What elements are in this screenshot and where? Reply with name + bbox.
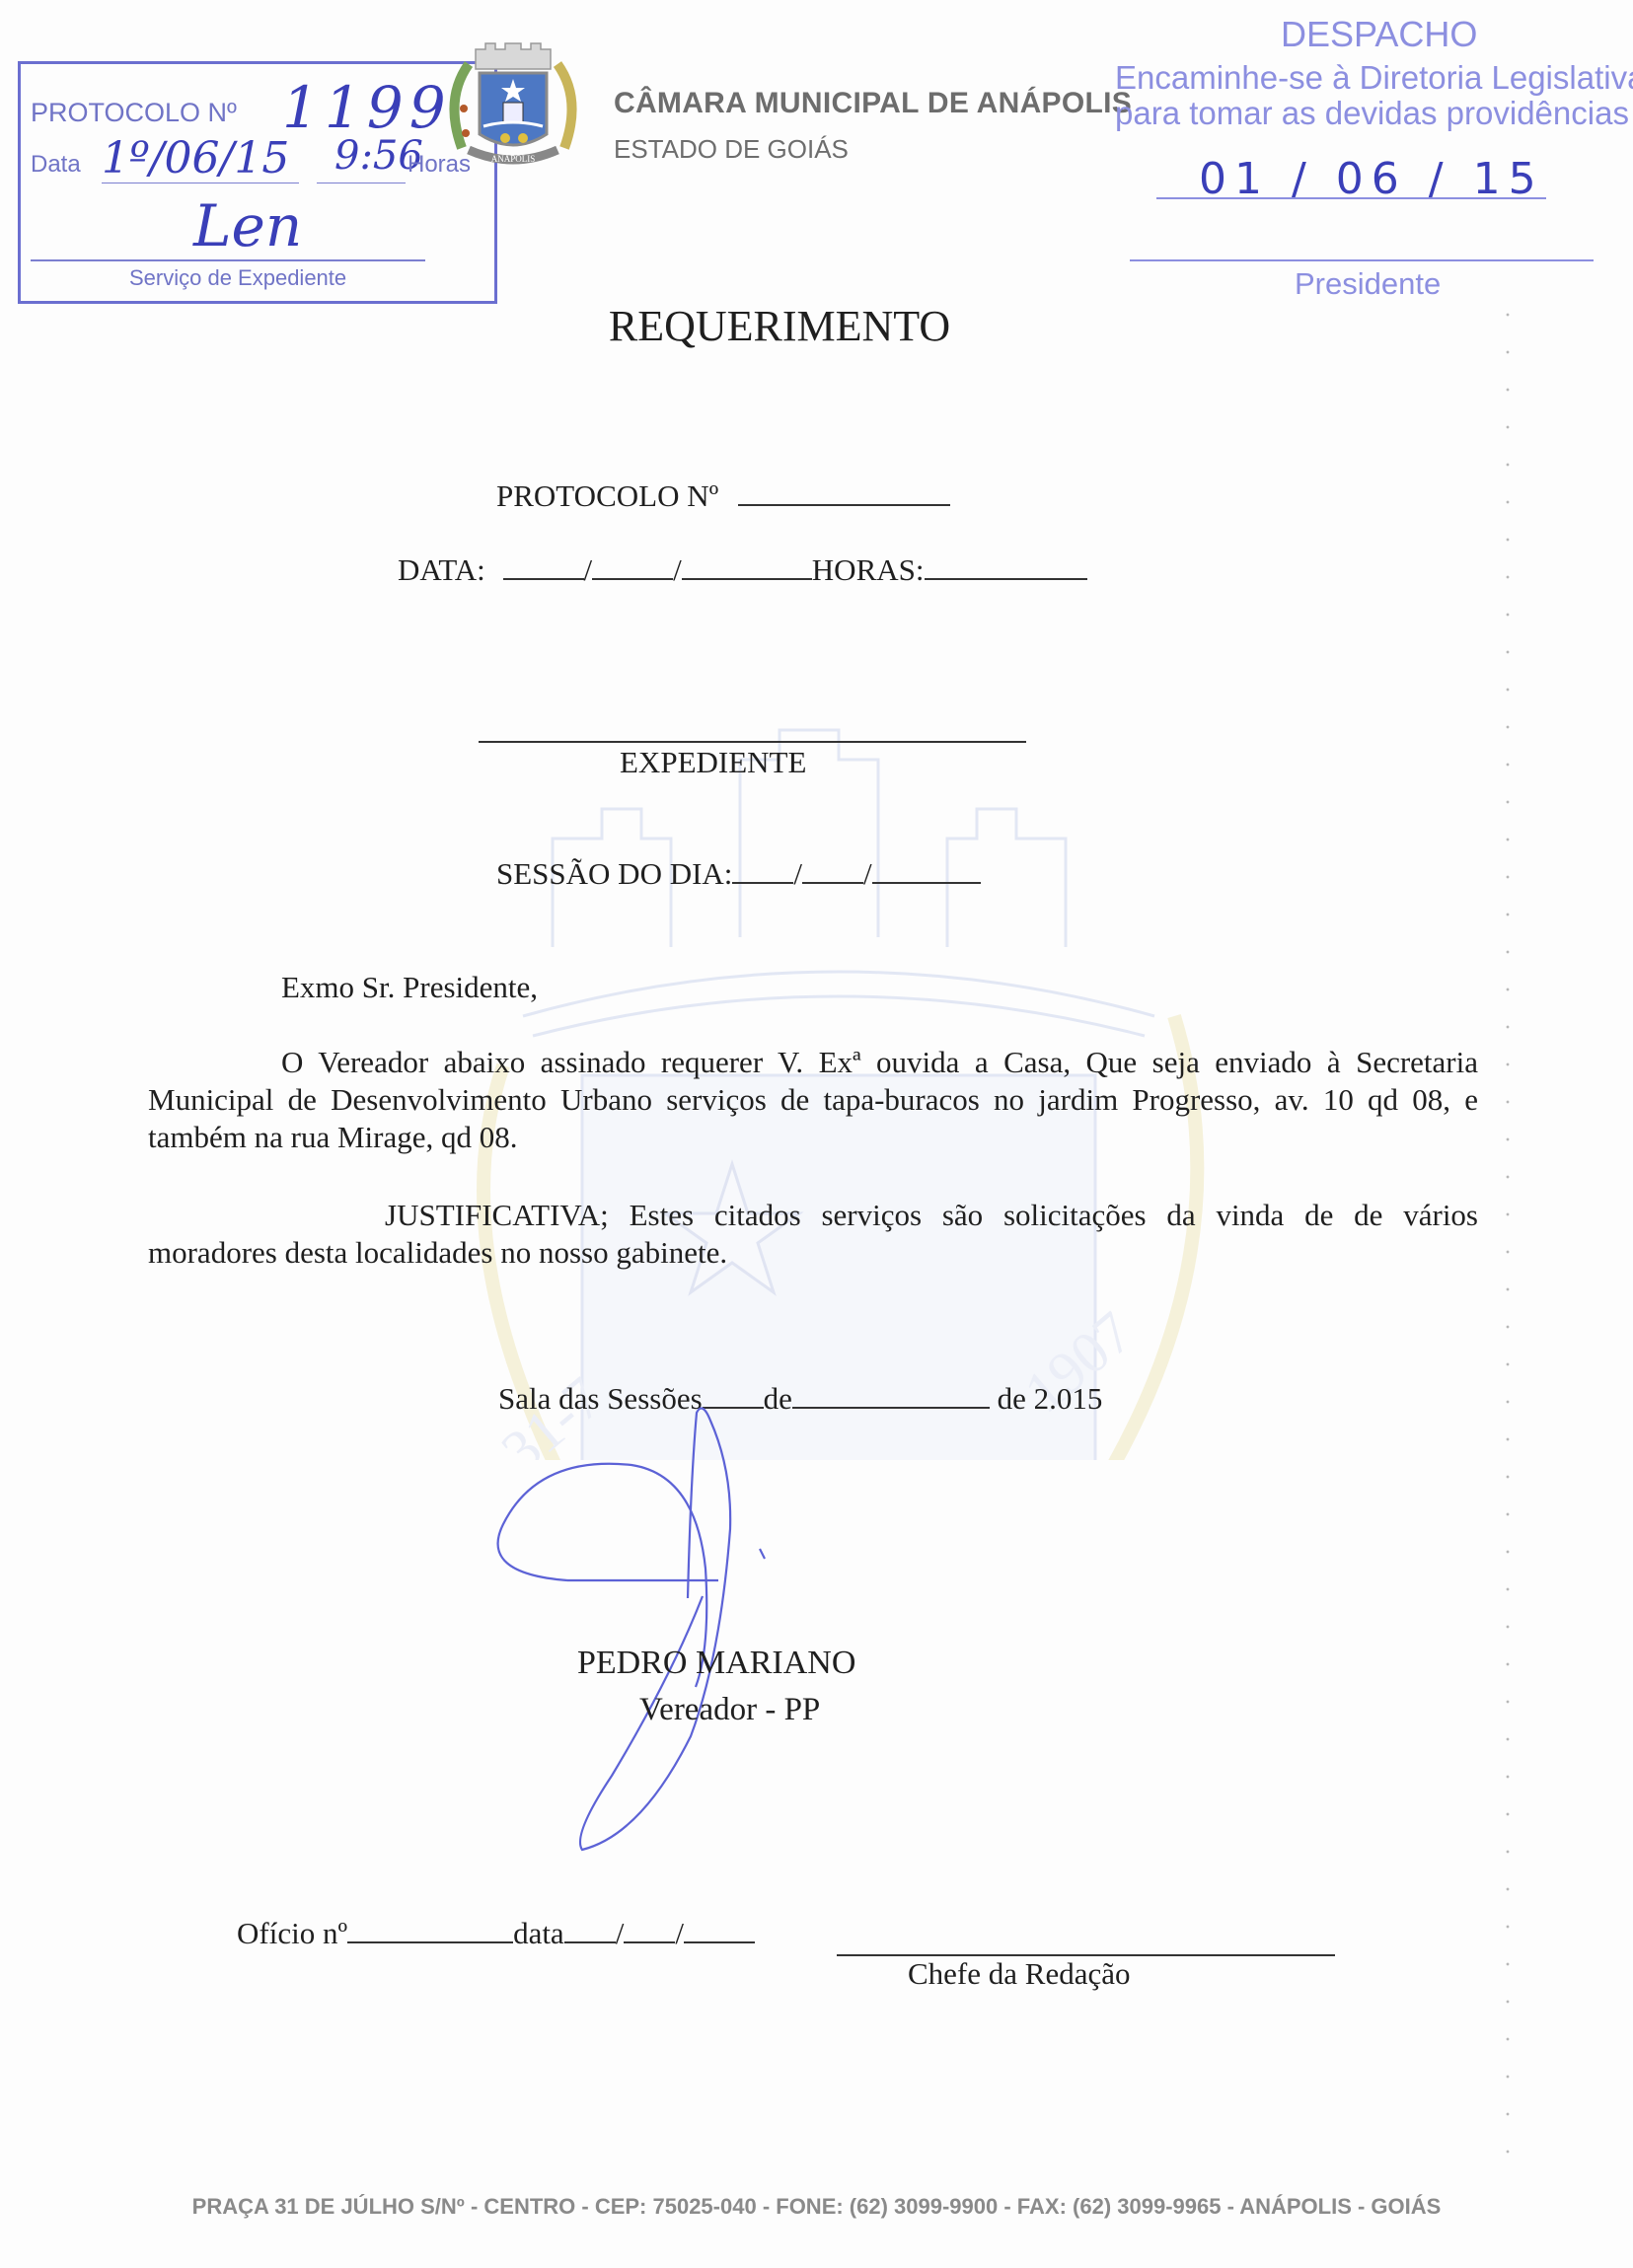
salutation: Exmo Sr. Presidente,	[281, 970, 538, 1005]
sessao-field: SESSÃO DO DIA://	[496, 856, 981, 892]
protocolo-field: PROTOCOLO Nº	[496, 478, 950, 514]
despacho-stamp: DESPACHO Encaminhe-se à Diretoria Legisl…	[1105, 8, 1633, 304]
footer-address: PRAÇA 31 DE JÚLHO S/Nº - CENTRO - CEP: 7…	[0, 2194, 1633, 2220]
despacho-title: DESPACHO	[1281, 14, 1477, 55]
svg-text:ANÁPOLIS: ANÁPOLIS	[491, 154, 536, 164]
oficio-field: Ofício nºdata//	[237, 1916, 755, 1951]
despacho-date-rule	[1156, 197, 1546, 199]
handwritten-signature-icon	[474, 1361, 928, 1874]
despacho-signature-rule	[1130, 259, 1594, 261]
protocol-number-handwritten: 1199	[282, 74, 452, 141]
letterhead-subtitle: ESTADO DE GOIÁS	[614, 134, 849, 165]
data-year-blank[interactable]	[682, 577, 812, 580]
protocol-date-rule	[102, 183, 299, 183]
expediente-label: EXPEDIENTE	[620, 745, 806, 780]
sessao-label: SESSÃO DO DIA:	[496, 856, 732, 891]
oficio-number-blank[interactable]	[347, 1940, 513, 1943]
protocol-initials-handwritten: Len	[193, 192, 302, 259]
horas-blank[interactable]	[925, 577, 1087, 580]
oficio-year-blank[interactable]	[684, 1940, 755, 1943]
justification-paragraph: JUSTIFICATIVA; Estes citados serviços sã…	[148, 1197, 1478, 1272]
sessao-day-blank[interactable]	[732, 881, 793, 884]
scan-artifact-dots	[1505, 296, 1511, 2170]
protocol-time-rule	[317, 183, 406, 183]
oficio-month-blank[interactable]	[624, 1940, 675, 1943]
protocol-signature-rule	[31, 259, 425, 261]
horas-label: HORAS:	[812, 552, 925, 587]
coat-of-arms-logo-icon: ANÁPOLIS	[444, 39, 582, 183]
protocol-date-handwritten: 1º/06/15	[102, 133, 289, 183]
body-paragraph: O Vereador abaixo assinado requerer V. E…	[148, 1044, 1478, 1156]
protocol-stamp: PROTOCOLO Nº 1199 Data 1º/06/15 9:56 Hor…	[18, 61, 497, 304]
expediente-rule	[479, 741, 1026, 743]
oficio-data-label: data	[513, 1916, 564, 1950]
letterhead-title: CÂMARA MUNICIPAL DE ANÁPOLIS	[614, 87, 1132, 120]
chefe-label: Chefe da Redação	[908, 1956, 1131, 1992]
despacho-line-1: Encaminhe-se à Diretoria Legislativa	[1115, 59, 1633, 97]
protocol-stamp-label: PROTOCOLO Nº	[31, 98, 237, 128]
signer-name: PEDRO MARIANO	[577, 1645, 855, 1682]
data-day-blank[interactable]	[503, 577, 584, 580]
despacho-signature-label: Presidente	[1295, 266, 1441, 302]
protocol-stamp-footer: Serviço de Expediente	[129, 265, 346, 291]
document-title: REQUERIMENTO	[0, 301, 1559, 351]
signer-role: Vereador - PP	[639, 1692, 820, 1728]
closing-year: de 2.015	[998, 1381, 1103, 1416]
oficio-label: Ofício nº	[237, 1916, 347, 1950]
protocolo-blank[interactable]	[738, 503, 950, 506]
sessao-year-blank[interactable]	[872, 881, 981, 884]
data-horas-field: DATA: //HORAS:	[398, 552, 1087, 588]
despacho-line-2: para tomar as devidas providências	[1115, 95, 1629, 132]
sessao-month-blank[interactable]	[802, 881, 863, 884]
protocol-date-label: Data	[31, 151, 81, 179]
data-label: DATA:	[398, 552, 485, 587]
oficio-day-blank[interactable]	[564, 1940, 616, 1943]
data-month-blank[interactable]	[592, 577, 673, 580]
protocolo-label: PROTOCOLO Nº	[496, 478, 718, 513]
